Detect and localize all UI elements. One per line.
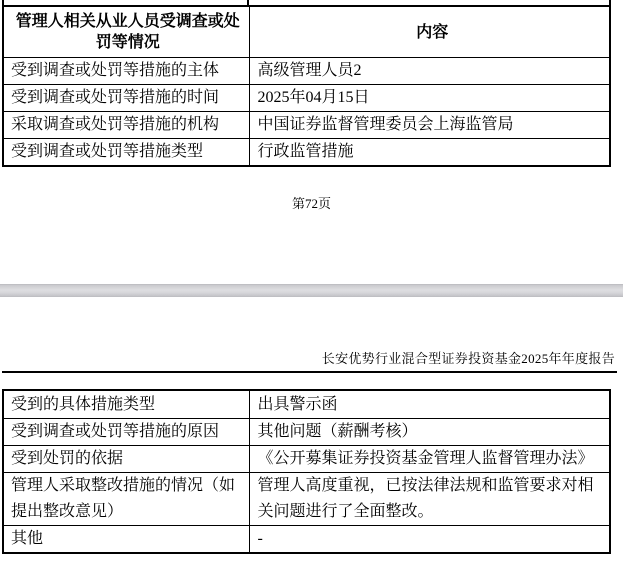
table-row: 采取调查或处罚等措施的机构 中国证券监督管理委员会上海监管局 [4,111,609,138]
row-label: 管理人采取整改措施的情况（如提出整改意见） [4,473,250,525]
row-label-text: 受到的具体措施类型 [11,392,155,418]
row-value: - [250,526,610,552]
row-value: 其他问题（薪酬考核） [250,419,610,445]
table-row: 受到处罚的依据 《公开募集证券投资基金管理人监督管理办法》 [4,445,609,472]
row-label-text: 受到调查或处罚等措施的主体 [11,58,219,84]
row-label-text: 其他 [11,526,43,552]
row-value: 行政监管措施 [250,139,610,165]
header-value-text: 内容 [416,22,448,43]
row-label: 受到调查或处罚等措施类型 [4,139,250,165]
row-label-text: 受到调查或处罚等措施类型 [11,139,203,165]
page-number: 第72页 [0,197,623,211]
row-label: 受到的具体措施类型 [4,391,250,418]
table-row: 管理人采取整改措施的情况（如提出整改意见） 管理人高度重视，已按法律法规和监管要… [4,472,609,525]
table-row: 受到调查或处罚等措施的主体 高级管理人员2 [4,57,609,84]
table-row: 受到的具体措施类型 出具警示函 [4,391,609,418]
row-label-text: 受到调查或处罚等措施的时间 [11,85,219,111]
row-value-text: - [258,526,263,552]
row-value-text: 出具警示函 [258,392,338,418]
pdf-document-view: 管理人相关从业人员受调查或处罚等情况 内容 受到调查或处罚等措施的主体 高级管理… [0,0,623,566]
header-rule [2,371,617,373]
row-value: 管理人高度重视，已按法律法规和监管要求对相关问题进行了全面整改。 [250,473,610,525]
row-label: 受到调查或处罚等措施的时间 [4,85,250,111]
row-value: 《公开募集证券投资基金管理人监督管理办法》 [250,446,610,472]
table-header-row: 管理人相关从业人员受调查或处罚等情况 内容 [4,7,609,57]
header-label-text: 管理人相关从业人员受调查或处罚等情况 [11,11,245,53]
table-row: 其他 - [4,525,609,552]
row-label-text: 受到调查或处罚等措施的原因 [11,419,219,445]
row-label-text: 受到处罚的依据 [11,446,123,472]
row-value-text: 2025年04月15日 [258,85,370,111]
header-label-cell: 管理人相关从业人员受调查或处罚等情况 [4,7,250,57]
row-value: 出具警示函 [250,391,610,418]
row-value-text: 管理人高度重视，已按法律法规和监管要求对相关问题进行了全面整改。 [258,473,608,525]
row-value-text: 中国证券监督管理委员会上海监管局 [258,112,514,138]
row-label: 其他 [4,526,250,552]
row-value-text: 高级管理人员2 [258,58,362,84]
row-label: 受到处罚的依据 [4,446,250,472]
row-value-text: 其他问题（薪酬考核） [258,419,418,445]
table-row: 受到调查或处罚等措施的时间 2025年04月15日 [4,84,609,111]
table-row: 受到调查或处罚等措施的原因 其他问题（薪酬考核） [4,418,609,445]
report-title: 长安优势行业混合型证券投资基金2025年年度报告 [0,352,615,366]
row-label: 采取调查或处罚等措施的机构 [4,112,250,138]
header-value-cell: 内容 [250,7,610,57]
page-gap-separator [0,284,623,297]
row-label-text: 采取调查或处罚等措施的机构 [11,112,219,138]
row-value: 高级管理人员2 [250,58,610,84]
row-value: 2025年04月15日 [250,85,610,111]
penalty-table-page1: 管理人相关从业人员受调查或处罚等情况 内容 受到调查或处罚等措施的主体 高级管理… [2,5,611,167]
penalty-table-page2: 受到的具体措施类型 出具警示函 受到调查或处罚等措施的原因 其他问题（薪酬考核）… [2,389,611,554]
row-value: 中国证券监督管理委员会上海监管局 [250,112,610,138]
row-label: 受到调查或处罚等措施的原因 [4,419,250,445]
row-label: 受到调查或处罚等措施的主体 [4,58,250,84]
table-row: 受到调查或处罚等措施类型 行政监管措施 [4,138,609,165]
row-value-text: 《公开募集证券投资基金管理人监督管理办法》 [258,446,594,472]
row-label-text: 管理人采取整改措施的情况（如提出整改意见） [11,473,245,525]
row-value-text: 行政监管措施 [258,139,354,165]
